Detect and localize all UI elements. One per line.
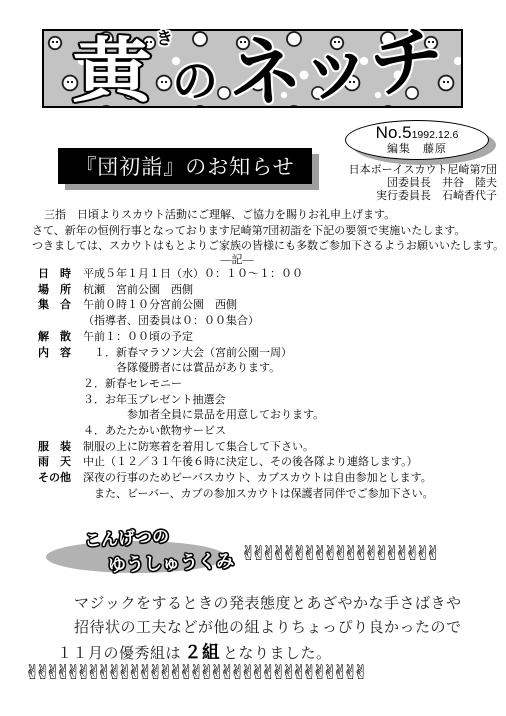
- issue-number: No.5: [376, 123, 412, 142]
- award-heading-line1: こんげつの: [83, 522, 169, 551]
- detail-text: ３．お年玉プレゼント抽選会: [83, 393, 502, 409]
- detail-label: 雨 天: [38, 455, 83, 471]
- detail-row-dress: 服 装 制服の上に防寒着を着用して集合して下さい。: [38, 440, 502, 456]
- issue-number-line: No.51992.12.6: [376, 125, 459, 143]
- notice-intro: 三指 日頃よりスカウト活動にご理解、ご協力を賜りお礼申上げます。 さて、新年の恒…: [32, 208, 506, 255]
- notice-title-banner: 『団初詣』のお知らせ: [58, 148, 312, 184]
- detail-label: 場 所: [38, 283, 83, 299]
- detail-text: 午前１：００頃の予定: [83, 330, 502, 346]
- detail-label: 解 散: [38, 330, 83, 346]
- intro-line: さて、新年の恒例行事となっております尼崎第7団初詣を下記の要領で実施いたします。: [32, 224, 506, 240]
- masthead-kanji: 黄: [72, 36, 152, 106]
- detail-text: また、ビーバー、カブの参加スカウトは保護者同伴でご参加下さい。: [83, 487, 502, 503]
- award-body-line2: 招待状の工夫などが他の組よりちょっぴり良かったので: [74, 616, 462, 637]
- detail-text: １．新春マラソン大会（宮前公園一周）: [83, 346, 502, 362]
- detail-row-other: その他 深夜の行事のためビーバスカウト、カブスカウトは自由参加とします。 また、…: [38, 471, 502, 502]
- issue-date: 1992.12.6: [412, 129, 459, 141]
- detail-label: 日 時: [38, 267, 83, 283]
- detail-row-assembly: 集 合 午前０時１０分宮前公園 西側 （指導者、団委員は０：００集合）: [38, 298, 502, 329]
- detail-text: 各隊優勝者には賞品があります。: [83, 361, 502, 377]
- masthead-furigana: き: [156, 30, 173, 48]
- detail-row-program: 内 容 １．新春マラソン大会（宮前公園一周） 各隊優勝者には賞品があります。 ２…: [38, 346, 502, 440]
- detail-text: 参加者全員に景品を用意しております。: [83, 408, 502, 424]
- detail-label: 集 合: [38, 298, 83, 314]
- detail-text: 深夜の行事のためビーバスカウト、カブスカウトは自由参加とします。: [83, 471, 502, 487]
- masthead-no: の: [170, 56, 219, 105]
- issue-editor: 編集 藤原: [387, 143, 447, 155]
- organization-line: 団委員長 井谷 陸夫: [349, 177, 497, 190]
- victory-hand-icons-row-bottom: ✌✌✌✌✌✌✌✌✌✌✌✌✌✌✌✌✌✌✌✌✌✌✌✌✌✌✌✌✌✌✌✌✌: [24, 660, 363, 684]
- award-heading-line2: ゆうしゅうくみ: [108, 547, 235, 577]
- masthead-katakana: ネッチ: [226, 24, 444, 113]
- detail-text: 制服の上に防寒着を着用して集合して下さい。: [83, 440, 502, 456]
- intro-line: 三指 日頃よりスカウト活動にご理解、ご協力を賜りお礼申上げます。: [32, 208, 506, 224]
- award-result-highlight: ２組: [184, 642, 220, 662]
- detail-text: ２．新春セレモニー: [83, 377, 502, 393]
- detail-text: 午前０時１０分宮前公園 西側: [83, 298, 502, 314]
- detail-row-datetime: 日 時 平成５年１月１日（水）０：１０～１：００: [38, 267, 502, 283]
- detail-label: 内 容: [38, 346, 83, 362]
- issue-badge: No.51992.12.6 編集 藤原: [345, 120, 489, 160]
- victory-hand-icons-row-top: ✌✌✌✌✌✌✌✌✌✌✌✌✌✌✌✌✌✌✌: [240, 541, 435, 565]
- newsletter-page: 黄 き の ネッチ No.51992.12.6 編集 藤原 日本ボーイスカウト尼…: [0, 0, 506, 716]
- detail-text: 杭瀬 宮前公園 西側: [83, 283, 502, 299]
- detail-text: 中止（１２／３１午後６時に決定し、その後各隊より連絡します。）: [83, 455, 502, 471]
- award-body-line1: マジックをするときの発表態度とあざやかな手さばきや: [74, 592, 462, 613]
- masthead-banner: 黄 き の ネッチ: [42, 29, 463, 108]
- detail-row-place: 場 所 杭瀬 宮前公園 西側: [38, 283, 502, 299]
- organization-line: 日本ボーイスカウト尼崎第7団: [349, 164, 497, 177]
- detail-row-dismissal: 解 散 午前１：００頃の予定: [38, 330, 502, 346]
- detail-text: 平成５年１月１日（水）０：１０～１：００: [83, 267, 502, 283]
- detail-label: 服 装: [38, 440, 83, 456]
- detail-label: その他: [38, 471, 83, 487]
- notice-details: 日 時 平成５年１月１日（水）０：１０～１：００ 場 所 杭瀬 宮前公園 西側 …: [38, 267, 502, 503]
- organization-block: 日本ボーイスカウト尼崎第7団 団委員長 井谷 陸夫 実行委員長 石崎香代子: [349, 164, 497, 203]
- organization-line: 実行委員長 石崎香代子: [349, 190, 497, 203]
- detail-text: ４．あたたかい飲物サービス: [83, 424, 502, 440]
- detail-row-rain: 雨 天 中止（１２／３１午後６時に決定し、その後各隊より連絡します。）: [38, 455, 502, 471]
- detail-text: （指導者、団委員は０：００集合）: [83, 314, 502, 330]
- record-divider: ―記―: [0, 251, 474, 267]
